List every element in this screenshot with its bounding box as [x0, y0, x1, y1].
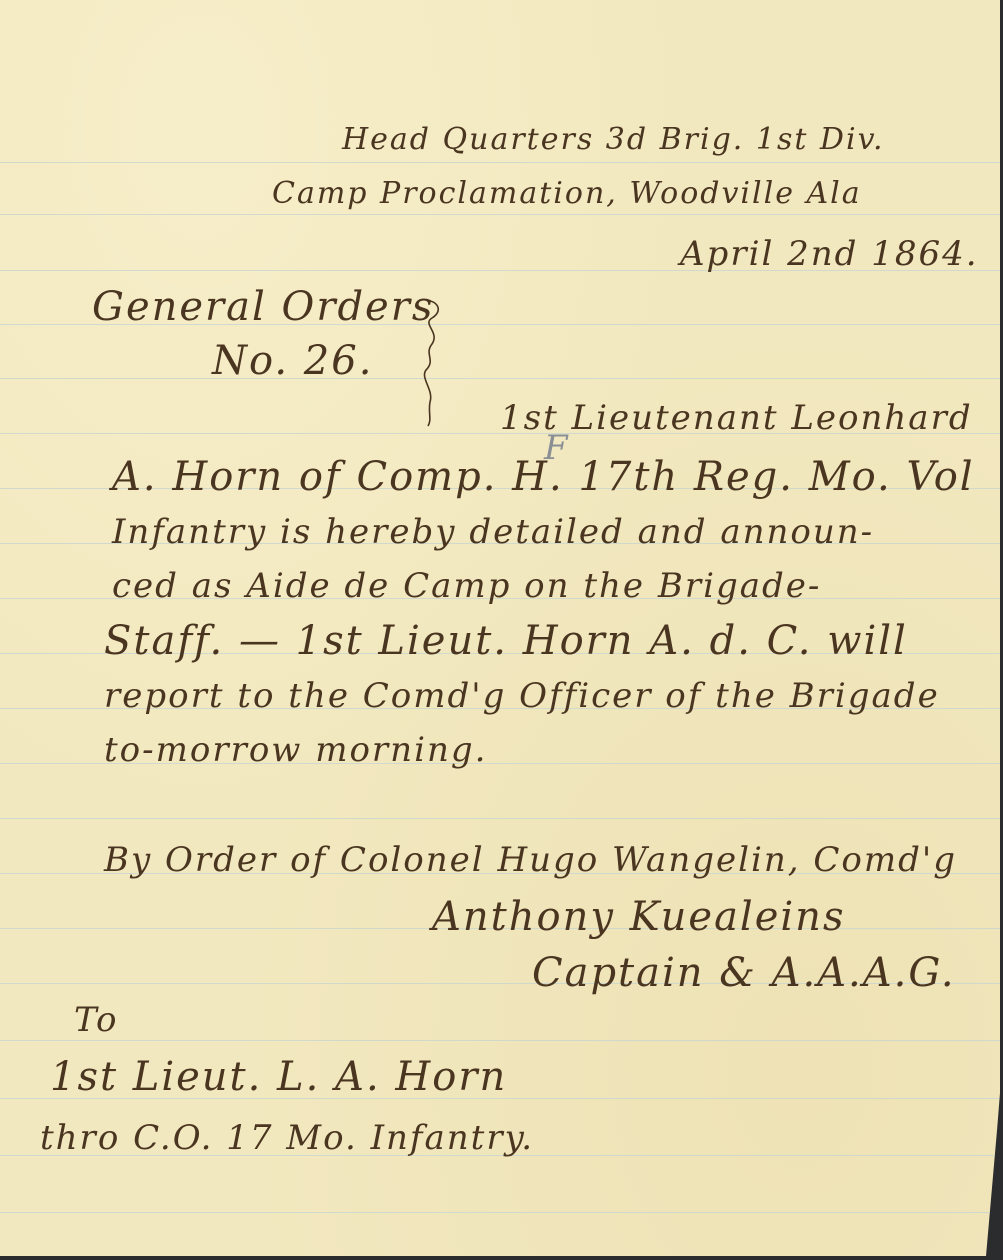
body-line-1: 1st Lieutenant Leonhard [500, 398, 973, 438]
body-line-7: to-morrow morning. [104, 730, 487, 770]
ruling-line [0, 1212, 1000, 1213]
body-line-5: Staff. — 1st Lieut. Horn A. d. C. will [104, 618, 908, 664]
ruling-line [0, 1040, 1000, 1041]
brace-mark [418, 298, 448, 428]
ruling-line [0, 818, 1000, 819]
body-line-6: report to the Comd'g Officer of the Brig… [104, 676, 940, 716]
authority-line: By Order of Colonel Hugo Wangelin, Comd'… [104, 840, 957, 880]
address-recipient: 1st Lieut. L. A. Horn [50, 1054, 507, 1100]
letter-paper: Head Quarters 3d Brig. 1st Div. Camp Pro… [0, 0, 1000, 1256]
signature: Anthony Kuealeins [432, 894, 845, 940]
ruling-line [0, 162, 1000, 163]
body-line-2: A. Horn of Comp. H. 17th Reg. Mo. Vol [112, 454, 975, 500]
order-title: General Orders [92, 284, 434, 330]
heading-date: April 2nd 1864. [680, 234, 979, 274]
heading-headquarters: Head Quarters 3d Brig. 1st Div. [342, 122, 885, 157]
heading-camp: Camp Proclamation, Woodville Ala [272, 176, 862, 211]
body-line-3: Infantry is hereby detailed and announ- [112, 512, 874, 552]
address-to: To [74, 1000, 119, 1040]
order-number: No. 26. [212, 338, 373, 384]
body-line-4: ced as Aide de Camp on the Brigade- [112, 566, 821, 606]
address-via: thro C.O. 17 Mo. Infantry. [40, 1118, 534, 1158]
ruling-line [0, 214, 1000, 215]
ruling-line [0, 378, 1000, 379]
signer-title: Captain & A.A.A.G. [532, 950, 956, 996]
